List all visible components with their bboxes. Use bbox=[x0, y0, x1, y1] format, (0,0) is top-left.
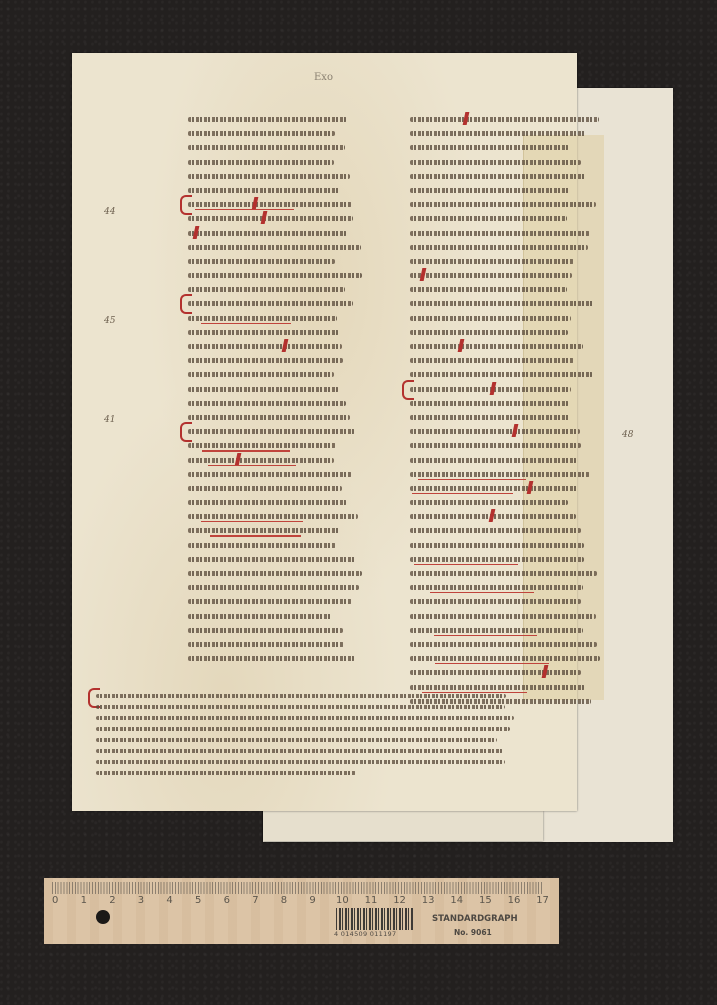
rubric-underline bbox=[435, 663, 549, 664]
ruler-cm-label: 1 bbox=[81, 895, 87, 906]
script-line bbox=[410, 169, 610, 183]
script-line bbox=[410, 382, 610, 396]
script-line bbox=[188, 453, 368, 467]
ruler-cm-label: 3 bbox=[138, 895, 144, 906]
script-line bbox=[188, 353, 368, 367]
footnote-line bbox=[96, 701, 516, 712]
script-line bbox=[188, 112, 368, 126]
rubric-underline bbox=[418, 479, 526, 480]
footnote-block bbox=[96, 690, 516, 778]
folio-number: 48 bbox=[622, 430, 633, 440]
script-line bbox=[188, 282, 368, 296]
ruler-cm-label: 10 bbox=[336, 895, 349, 906]
script-line bbox=[188, 211, 368, 225]
script-line bbox=[188, 481, 368, 495]
ruler-cm-label: 11 bbox=[365, 895, 378, 906]
script-line bbox=[410, 637, 610, 651]
ruler-hole bbox=[96, 910, 110, 924]
ruler-cm-label: 6 bbox=[224, 895, 230, 906]
script-line bbox=[410, 126, 610, 140]
rubric-mark bbox=[489, 382, 496, 395]
script-line bbox=[410, 353, 610, 367]
script-line bbox=[188, 467, 368, 481]
script-line bbox=[410, 226, 610, 240]
script-line bbox=[188, 268, 368, 282]
script-line bbox=[410, 481, 610, 495]
ruler-cm-label: 13 bbox=[422, 895, 435, 906]
script-line bbox=[410, 566, 610, 580]
script-line bbox=[188, 396, 368, 410]
folio-number: 41 bbox=[104, 415, 115, 425]
script-line bbox=[410, 396, 610, 410]
rubric-underline bbox=[201, 521, 303, 522]
script-line bbox=[188, 523, 368, 537]
ruler-cm-label: 9 bbox=[309, 895, 315, 906]
footnote-line bbox=[96, 767, 516, 778]
footnote-line bbox=[96, 712, 516, 723]
rubric-underline bbox=[208, 465, 296, 466]
footnote-line bbox=[96, 756, 516, 767]
script-line bbox=[188, 566, 368, 580]
script-line bbox=[410, 311, 610, 325]
script-line bbox=[410, 240, 610, 254]
rubric-underline bbox=[430, 592, 534, 593]
script-line bbox=[188, 410, 368, 424]
folio-number: 44 bbox=[104, 207, 115, 217]
footnote-line bbox=[96, 745, 516, 756]
script-line bbox=[410, 665, 610, 679]
ruler-cm-label: 0 bbox=[52, 895, 58, 906]
script-line bbox=[410, 112, 610, 126]
ruler-cm-label: 12 bbox=[393, 895, 406, 906]
script-line bbox=[410, 140, 610, 154]
footnote-line bbox=[96, 723, 516, 734]
script-line bbox=[188, 651, 368, 665]
script-line bbox=[188, 311, 368, 325]
barcode bbox=[336, 908, 414, 930]
script-line bbox=[410, 325, 610, 339]
bottom-strip-leaf bbox=[263, 811, 543, 841]
ruler: 01234567891011121314151617 4 014509 0111… bbox=[44, 878, 559, 944]
ruler-cm-label: 5 bbox=[195, 895, 201, 906]
text-column-left bbox=[188, 112, 368, 665]
script-line bbox=[410, 594, 610, 608]
script-line bbox=[188, 240, 368, 254]
barcode-number: 4 014509 011197 bbox=[334, 930, 396, 938]
rubric-underline bbox=[195, 209, 294, 210]
rubric-underline bbox=[202, 450, 291, 451]
script-line bbox=[188, 126, 368, 140]
rubric-underline bbox=[434, 635, 538, 636]
script-line bbox=[188, 367, 368, 381]
script-line bbox=[188, 183, 368, 197]
script-line bbox=[410, 268, 610, 282]
ruler-cm-label: 8 bbox=[281, 895, 287, 906]
script-line bbox=[410, 211, 610, 225]
script-line bbox=[188, 538, 368, 552]
script-line bbox=[188, 140, 368, 154]
script-line bbox=[410, 523, 610, 537]
script-line bbox=[410, 495, 610, 509]
rubric-underline bbox=[201, 323, 290, 324]
script-line bbox=[188, 197, 368, 211]
script-line bbox=[410, 467, 610, 481]
script-line bbox=[410, 296, 610, 310]
script-line bbox=[410, 651, 610, 665]
script-line bbox=[188, 623, 368, 637]
ruler-cm-label: 16 bbox=[508, 895, 521, 906]
script-line bbox=[410, 509, 610, 523]
script-line bbox=[410, 183, 610, 197]
script-line bbox=[410, 155, 610, 169]
script-line bbox=[410, 623, 610, 637]
footnote-line bbox=[96, 734, 516, 745]
ruler-brand: STANDARDGRAPH bbox=[432, 914, 518, 924]
ruler-cm-label: 17 bbox=[536, 895, 549, 906]
ruler-cm-label: 7 bbox=[252, 895, 258, 906]
ruler-cm-label: 14 bbox=[450, 895, 463, 906]
rubric-underline bbox=[414, 564, 518, 565]
script-line bbox=[410, 197, 610, 211]
script-line bbox=[410, 453, 610, 467]
script-line bbox=[410, 438, 610, 452]
script-line bbox=[188, 296, 368, 310]
ruler-ticks bbox=[52, 882, 542, 894]
script-line bbox=[188, 609, 368, 623]
script-line bbox=[188, 155, 368, 169]
script-line bbox=[188, 382, 368, 396]
folio-number: 45 bbox=[104, 316, 115, 326]
script-line bbox=[188, 339, 368, 353]
script-line bbox=[410, 254, 610, 268]
script-line bbox=[188, 509, 368, 523]
script-line bbox=[188, 226, 368, 240]
script-line bbox=[410, 552, 610, 566]
script-line bbox=[188, 169, 368, 183]
script-line bbox=[410, 609, 610, 623]
script-line bbox=[410, 538, 610, 552]
script-line bbox=[188, 438, 368, 452]
ruler-cm-label: 15 bbox=[479, 895, 492, 906]
rubric-mark bbox=[419, 268, 426, 281]
footnote-line bbox=[96, 690, 516, 701]
script-line bbox=[188, 325, 368, 339]
rubric-underline bbox=[412, 493, 513, 494]
ruler-cm-label: 2 bbox=[109, 895, 115, 906]
script-line bbox=[188, 580, 368, 594]
script-line bbox=[188, 594, 368, 608]
rubric-underline bbox=[210, 535, 301, 536]
ruler-cm-label: 4 bbox=[166, 895, 172, 906]
script-line bbox=[188, 424, 368, 438]
script-line bbox=[410, 367, 610, 381]
script-line bbox=[188, 552, 368, 566]
script-line bbox=[188, 495, 368, 509]
script-line bbox=[410, 424, 610, 438]
script-line bbox=[188, 254, 368, 268]
script-line bbox=[410, 282, 610, 296]
script-line bbox=[410, 580, 610, 594]
script-line bbox=[410, 410, 610, 424]
text-column-right bbox=[410, 112, 610, 708]
script-line bbox=[410, 339, 610, 353]
header-mark: Exo bbox=[314, 72, 333, 83]
ruler-model: No. 9061 bbox=[454, 928, 492, 937]
script-line bbox=[188, 637, 368, 651]
